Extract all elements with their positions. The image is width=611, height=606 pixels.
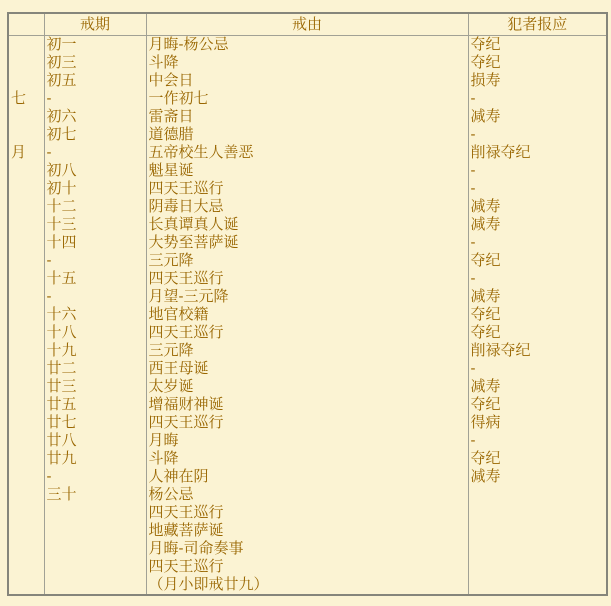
period-cell: 十六: [44, 306, 146, 324]
retribution-cell: -: [468, 270, 607, 288]
reason-cell: 五帝校生人善恶: [146, 144, 468, 162]
table-row: 十九三元降削禄夺纪: [8, 342, 607, 360]
retribution-cell: 减寿: [468, 378, 607, 396]
period-cell: -: [44, 252, 146, 270]
header-row: 戒期 戒由 犯者报应: [8, 13, 607, 36]
reason-cell: 一作初七: [146, 90, 468, 108]
period-cell: 初一: [44, 36, 146, 55]
reason-cell: 斗降: [146, 450, 468, 468]
almanac-page: 戒期 戒由 犯者报应 七月初一月晦-杨公忌夺纪初三斗降夺纪初五中会日损寿-一作初…: [0, 0, 611, 606]
retribution-cell: [468, 576, 607, 595]
table-row: 三十杨公忌: [8, 486, 607, 504]
table-row: 十八四天王巡行夺纪: [8, 324, 607, 342]
table-row: 初六雷斋日减寿: [8, 108, 607, 126]
reason-cell: （月小即戒廿九）: [146, 576, 468, 595]
reason-cell: 中会日: [146, 72, 468, 90]
period-cell: 十三: [44, 216, 146, 234]
header-retribution: 犯者报应: [468, 13, 607, 36]
retribution-cell: [468, 522, 607, 540]
period-cell: 廿九: [44, 450, 146, 468]
period-cell: 初十: [44, 180, 146, 198]
retribution-cell: 削禄夺纪: [468, 144, 607, 162]
month-label-line: [11, 126, 44, 144]
reason-cell: 太岁诞: [146, 378, 468, 396]
period-cell: 三十: [44, 486, 146, 504]
reason-cell: 四天王巡行: [146, 324, 468, 342]
table-row: 廿三太岁诞减寿: [8, 378, 607, 396]
month-label-line: [11, 108, 44, 126]
period-cell: [44, 576, 146, 595]
reason-cell: 增福财神诞: [146, 396, 468, 414]
table-row: -人神在阴减寿: [8, 468, 607, 486]
table-row: 廿九斗降夺纪: [8, 450, 607, 468]
table-row: 七月初一月晦-杨公忌夺纪: [8, 36, 607, 55]
reason-cell: 月晦: [146, 432, 468, 450]
month-label-line: [11, 54, 44, 72]
retribution-cell: [468, 504, 607, 522]
reason-cell: 四天王巡行: [146, 504, 468, 522]
period-cell: 十二: [44, 198, 146, 216]
retribution-cell: 得病: [468, 414, 607, 432]
reason-cell: 三元降: [146, 342, 468, 360]
period-cell: [44, 558, 146, 576]
retribution-cell: 削禄夺纪: [468, 342, 607, 360]
retribution-cell: 夺纪: [468, 450, 607, 468]
reason-cell: 四天王巡行: [146, 270, 468, 288]
reason-cell: 阴毒日大忌: [146, 198, 468, 216]
period-cell: 初八: [44, 162, 146, 180]
period-cell: [44, 540, 146, 558]
table-row: -三元降夺纪: [8, 252, 607, 270]
retribution-cell: 夺纪: [468, 54, 607, 72]
table-row: 十六地官校籍夺纪: [8, 306, 607, 324]
table-row: 初五中会日损寿: [8, 72, 607, 90]
table-row: （月小即戒廿九）: [8, 576, 607, 595]
retribution-cell: 夺纪: [468, 306, 607, 324]
retribution-cell: 减寿: [468, 288, 607, 306]
period-cell: 廿二: [44, 360, 146, 378]
reason-cell: 大势至菩萨诞: [146, 234, 468, 252]
table-row: -一作初七-: [8, 90, 607, 108]
period-cell: -: [44, 468, 146, 486]
table-row: 初八魁星诞-: [8, 162, 607, 180]
reason-cell: 道德腊: [146, 126, 468, 144]
table-row: 十四大势至菩萨诞-: [8, 234, 607, 252]
retribution-cell: -: [468, 126, 607, 144]
reason-cell: 长真谭真人诞: [146, 216, 468, 234]
table-row: 十三长真谭真人诞减寿: [8, 216, 607, 234]
retribution-cell: 夺纪: [468, 36, 607, 55]
retribution-cell: -: [468, 234, 607, 252]
retribution-cell: -: [468, 90, 607, 108]
reason-cell: 四天王巡行: [146, 558, 468, 576]
retribution-cell: -: [468, 180, 607, 198]
period-cell: 十九: [44, 342, 146, 360]
retribution-cell: 损寿: [468, 72, 607, 90]
precepts-table: 戒期 戒由 犯者报应 七月初一月晦-杨公忌夺纪初三斗降夺纪初五中会日损寿-一作初…: [7, 12, 608, 596]
reason-cell: 雷斋日: [146, 108, 468, 126]
retribution-cell: 减寿: [468, 216, 607, 234]
table-row: 月晦-司命奏事: [8, 540, 607, 558]
table-row: 廿五增福财神诞夺纪: [8, 396, 607, 414]
retribution-cell: 减寿: [468, 198, 607, 216]
reason-cell: 四天王巡行: [146, 180, 468, 198]
reason-cell: 三元降: [146, 252, 468, 270]
month-label-line: 月: [11, 144, 44, 162]
reason-cell: 月晦-杨公忌: [146, 36, 468, 55]
table-row: 初十四天王巡行-: [8, 180, 607, 198]
reason-cell: 西王母诞: [146, 360, 468, 378]
table-row: 廿二西王母诞-: [8, 360, 607, 378]
month-label-line: [11, 36, 44, 54]
period-cell: 廿三: [44, 378, 146, 396]
reason-cell: 魁星诞: [146, 162, 468, 180]
month-cell: 七月: [8, 36, 44, 596]
header-reason: 戒由: [146, 13, 468, 36]
table-row: -五帝校生人善恶削禄夺纪: [8, 144, 607, 162]
table-row: 廿八月晦-: [8, 432, 607, 450]
reason-cell: 人神在阴: [146, 468, 468, 486]
reason-cell: 杨公忌: [146, 486, 468, 504]
reason-cell: 月望-三元降: [146, 288, 468, 306]
reason-cell: 地藏菩萨诞: [146, 522, 468, 540]
table-row: 四天王巡行: [8, 558, 607, 576]
retribution-cell: 夺纪: [468, 396, 607, 414]
period-cell: 廿八: [44, 432, 146, 450]
period-cell: 初三: [44, 54, 146, 72]
retribution-cell: 减寿: [468, 468, 607, 486]
retribution-cell: -: [468, 360, 607, 378]
reason-cell: 地官校籍: [146, 306, 468, 324]
month-label-line: 七: [11, 90, 44, 108]
period-cell: 十五: [44, 270, 146, 288]
period-cell: 初七: [44, 126, 146, 144]
retribution-cell: 夺纪: [468, 252, 607, 270]
table-row: 初三斗降夺纪: [8, 54, 607, 72]
header-month: [8, 13, 44, 36]
period-cell: -: [44, 90, 146, 108]
retribution-cell: 减寿: [468, 108, 607, 126]
period-cell: 初五: [44, 72, 146, 90]
period-cell: -: [44, 144, 146, 162]
retribution-cell: [468, 540, 607, 558]
period-cell: [44, 522, 146, 540]
table-row: 四天王巡行: [8, 504, 607, 522]
table-row: 初七道德腊-: [8, 126, 607, 144]
retribution-cell: [468, 558, 607, 576]
table-row: 地藏菩萨诞: [8, 522, 607, 540]
retribution-cell: 夺纪: [468, 324, 607, 342]
period-cell: 廿五: [44, 396, 146, 414]
reason-cell: 月晦-司命奏事: [146, 540, 468, 558]
retribution-cell: -: [468, 432, 607, 450]
header-period: 戒期: [44, 13, 146, 36]
reason-cell: 斗降: [146, 54, 468, 72]
period-cell: -: [44, 288, 146, 306]
period-cell: 初六: [44, 108, 146, 126]
month-label-line: [11, 72, 44, 90]
table-row: -月望-三元降减寿: [8, 288, 607, 306]
period-cell: 廿七: [44, 414, 146, 432]
retribution-cell: -: [468, 162, 607, 180]
period-cell: 十八: [44, 324, 146, 342]
table-row: 十二阴毒日大忌减寿: [8, 198, 607, 216]
period-cell: 十四: [44, 234, 146, 252]
retribution-cell: [468, 486, 607, 504]
table-row: 十五四天王巡行-: [8, 270, 607, 288]
table-row: 廿七四天王巡行得病: [8, 414, 607, 432]
reason-cell: 四天王巡行: [146, 414, 468, 432]
period-cell: [44, 504, 146, 522]
